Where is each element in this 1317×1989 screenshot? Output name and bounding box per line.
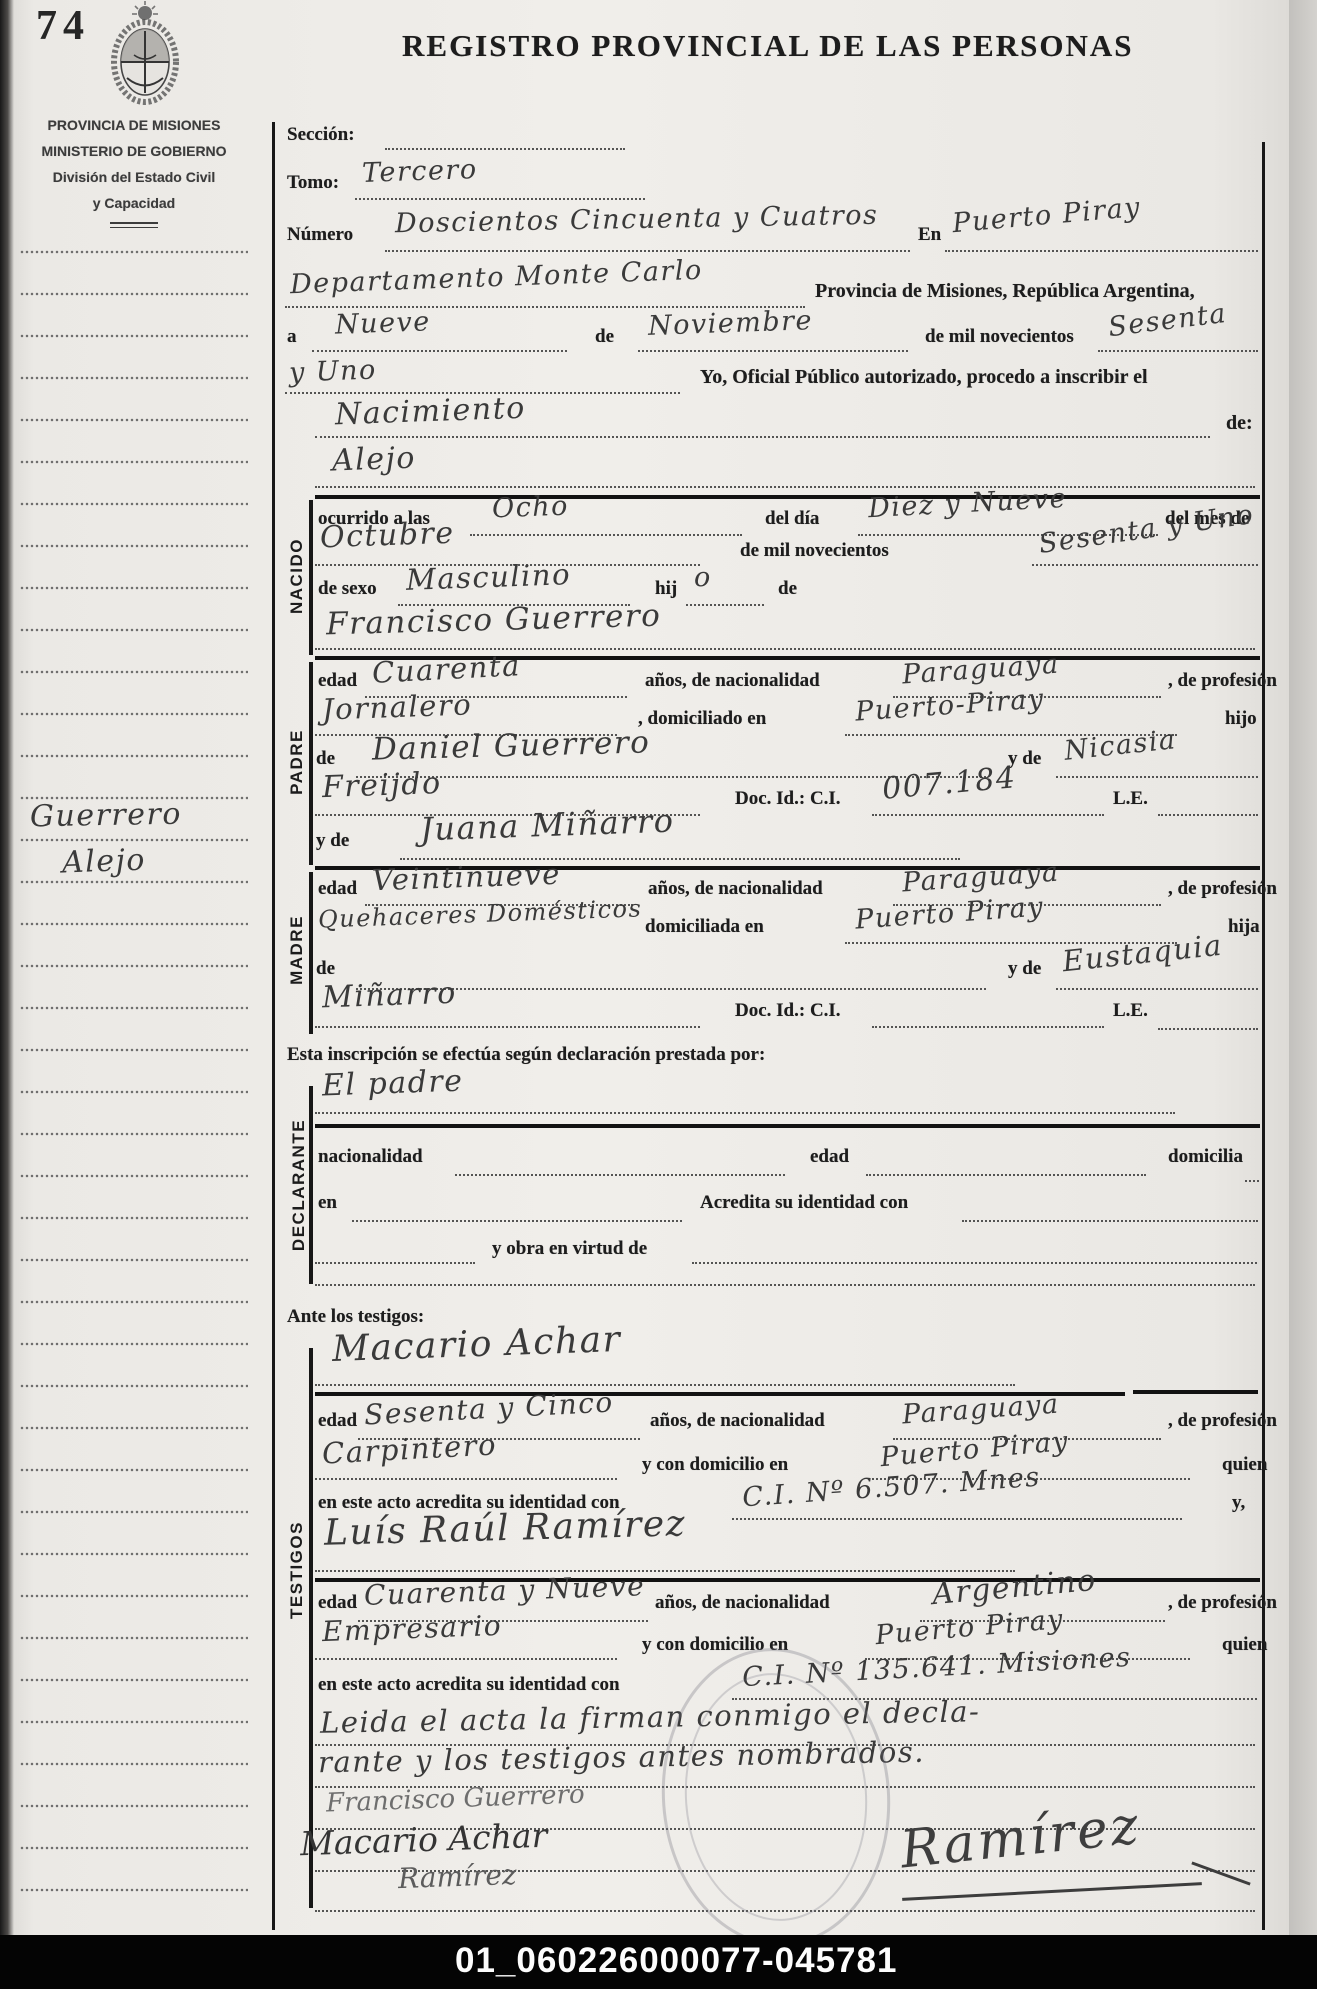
testigo1-nacionalidad-label: años, de nacionalidad [650, 1410, 825, 1432]
oval-stamp [652, 1640, 900, 1953]
lugar-value: Puerto Piray [951, 192, 1142, 239]
madre-domicilio-label: domiciliada en [645, 916, 764, 938]
en-label: En [918, 224, 941, 246]
dia-nacimiento-value: Diez y Nueve [867, 483, 1067, 524]
madre-doc-line [872, 1026, 1104, 1028]
de-colon-label: de: [1226, 412, 1253, 435]
testigos-intro-label: Ante los testigos: [287, 1306, 424, 1328]
abuela-paterna-cont-value: Freijdo [321, 766, 442, 805]
org-underline [110, 222, 158, 228]
testigo2-nacionalidad-label: años, de nacionalidad [655, 1592, 830, 1614]
scan-left-edge [0, 0, 14, 1989]
madre-de-label: de [316, 958, 335, 980]
scan-footer-bar: 01_060226000077-045781 [0, 1935, 1317, 1989]
nacido-bracket [309, 500, 313, 655]
testigo1-quien-label: quien [1222, 1454, 1267, 1476]
testigo2-edad-label: edad [318, 1592, 357, 1614]
hij-sufijo-value: o [694, 562, 712, 593]
dia-value: Nueve [334, 306, 431, 340]
scan-right-band [1289, 0, 1317, 1989]
sexo-label: de sexo [318, 578, 377, 600]
madre-domicilio-value: Puerto Piray [854, 891, 1045, 935]
cierre-linea1-value: Leida el acta la firman conmigo el decla… [320, 1694, 981, 1740]
padre-domicilio-label: , domiciliado en [638, 708, 766, 730]
section-label-madre: MADRE [287, 870, 307, 1030]
testigo1-profesion-label: , de profesión [1168, 1410, 1277, 1432]
abuela-paterna-line [1056, 776, 1258, 778]
abuela-materna-value: Eustaquia [1061, 928, 1225, 979]
testigo1-profesion-line [315, 1478, 617, 1480]
hora-line [470, 534, 742, 536]
divider-declarante [315, 1124, 1260, 1128]
oficial-label: Yo, Oficial Público autorizado, procedo … [700, 366, 1148, 389]
padre-doc-line [872, 814, 1104, 816]
declarante-line [315, 1112, 1175, 1114]
seccion-label: Sección: [287, 124, 355, 146]
declarante-edad-label: edad [810, 1146, 849, 1168]
padre-nacionalidad-label: años, de nacionalidad [645, 670, 820, 692]
org-line-4: y Capacidad [30, 190, 238, 216]
padre-domicilio-value: Puerto-Piray [854, 683, 1045, 727]
org-line-3: División del Estado Civil [30, 164, 238, 190]
testigo2-acredita-label: en este acto acredita su identidad con [318, 1674, 620, 1696]
testigo2-profesion-value: Empresario [321, 1609, 502, 1648]
madre-le-line [1158, 1028, 1258, 1030]
testigo2-edad-value: Cuarenta y Nueve [364, 1569, 646, 1612]
margin-note-surname: Guerrero [30, 797, 182, 835]
testigo1-nombre-value: Macario Achar [331, 1319, 622, 1370]
hora-value: Ocho [491, 491, 569, 525]
madre-bracket [309, 872, 313, 1034]
document-title: REGISTRO PROVINCIAL DE LAS PERSONAS [402, 28, 1133, 64]
testigo1-doc-line [732, 1518, 1182, 1520]
abuela-paterna-value: Nicasia [1063, 724, 1178, 767]
declarante-closing-line [315, 1284, 1255, 1286]
padre-bracket [309, 662, 313, 865]
virtud-label: y obra en virtud de [492, 1238, 647, 1260]
testigo1-profesion-value: Carpintero [321, 1427, 498, 1470]
margin-note-given-name: Alejo [61, 843, 146, 881]
a-label: a [287, 326, 297, 348]
dia-line [312, 350, 567, 352]
del-dia-label: del día [765, 508, 819, 530]
testigo1-domicilio-label: y con domicilio en [642, 1454, 788, 1476]
testigo2-domicilio-value: Puerto Piray [874, 1604, 1065, 1651]
novecientos-label: de mil novecientos [925, 326, 1074, 348]
declarante-en-line [352, 1220, 682, 1222]
madre-profesion-value: Quehaceres Domésticos [318, 894, 643, 933]
acto-value: Nacimiento [334, 391, 526, 433]
firma-chica: Ramírez [397, 1858, 517, 1895]
declarante-nacionalidad-line [455, 1174, 785, 1176]
domicilia-label: domicilia [1168, 1146, 1243, 1168]
domicilia-line [1245, 1180, 1259, 1182]
oval-stamp-inner-ring [677, 1667, 876, 1927]
seccion-blank-line [385, 148, 625, 150]
de-sexo-label: de [778, 578, 797, 600]
padre-de-label: de [316, 748, 335, 770]
declarante-value: El padre [321, 1064, 464, 1104]
numero-value: Doscientos Cincuenta y Cuatros [395, 200, 879, 239]
numero-line [385, 250, 910, 252]
madre-edad-value: Veintinueve [371, 857, 561, 898]
madre-nombre-value: Juana Miñarro [419, 802, 675, 849]
de-label-fecha: de [595, 326, 614, 348]
padre-le-label: L.E. [1113, 788, 1148, 810]
tomo-line [355, 198, 645, 200]
testigo1-nombre-line [315, 1384, 1015, 1386]
testigo2-nombre-line [315, 1570, 1015, 1572]
madre-profesion-label: , de profesión [1168, 878, 1277, 900]
virtud-line-right [692, 1262, 1257, 1264]
tomo-value: Tercero [361, 154, 478, 189]
mes-value: Noviembre [648, 305, 814, 342]
padre-profesion-value: Jornalero [321, 687, 472, 726]
anio-cont-value: y Uno [288, 354, 377, 388]
org-header: PROVINCIA DE MISIONES MINISTERIO DE GOBI… [30, 112, 238, 216]
testigo2-profesion-label: , de profesión [1168, 1592, 1277, 1614]
testigo2-quien-label: quien [1222, 1634, 1267, 1656]
padre-edad-label: edad [318, 670, 357, 692]
page-number: 74 [36, 2, 90, 50]
madre-intro-label: y de [316, 830, 349, 852]
acredita-label: Acredita su identidad con [700, 1192, 908, 1214]
madre-le-label: L.E. [1113, 1000, 1148, 1022]
divider-nacido [315, 495, 1260, 499]
section-label-testigos: TESTIGOS [287, 1490, 307, 1650]
madre-edad-label: edad [318, 878, 357, 900]
section-label-declarante: DECLARANTE [289, 1105, 309, 1265]
anio-line [1098, 350, 1258, 352]
declarante-bracket [309, 1086, 313, 1284]
anio-value: Sesenta [1107, 298, 1229, 343]
form-left-border [272, 122, 275, 1930]
org-line-2: MINISTERIO DE GOBIERNO [30, 138, 238, 164]
hija-label: hija [1228, 916, 1260, 938]
testigo1-edad-label: edad [318, 1410, 357, 1432]
departamento-value: Departamento Monte Carlo [290, 255, 704, 300]
testigo2-nombre-value: Luís Raúl Ramírez [324, 1503, 687, 1553]
padre-nombre-line [315, 648, 1255, 650]
madre-nacionalidad-label: años, de nacionalidad [648, 878, 823, 900]
padre-doc-label: Doc. Id.: C.I. [735, 788, 841, 810]
abuela-materna-cont-value: Miñarro [321, 976, 457, 1016]
abuelo-paterno-value: Daniel Guerrero [372, 724, 651, 767]
madre-doc-label: Doc. Id.: C.I. [735, 1000, 841, 1022]
tomo-label: Tomo: [287, 172, 339, 194]
lugar-line [945, 250, 1258, 252]
testigo2-profesion-line [315, 1658, 617, 1660]
padre-doc-value: 007.184 [881, 760, 1018, 807]
form-right-border [1262, 142, 1265, 1930]
org-line-1: PROVINCIA DE MISIONES [30, 112, 238, 138]
anio-nacimiento-value: Sesenta y Uno [1037, 499, 1256, 560]
acto-line [315, 436, 1210, 438]
acredita-line [962, 1220, 1258, 1222]
section-label-nacido: NACIDO [287, 496, 307, 656]
registro-civil-scan: 74 REGISTRO PROVINCIAL DE LAS PERSONAS P… [0, 0, 1317, 1989]
argentina-coat-of-arms-icon [104, 0, 186, 113]
padre-le-line [1158, 814, 1258, 816]
inscripto-line [315, 486, 1255, 488]
declarante-edad-line [866, 1174, 1146, 1176]
novecientos-nacido-label: de mil novecientos [740, 540, 889, 562]
madre-y-de-label: y de [1008, 958, 1041, 980]
sexo-value: Masculino [405, 557, 571, 597]
divider-testigo1-b [1133, 1390, 1258, 1394]
declarante-en-label: en [318, 1192, 337, 1214]
abuela-materna-line [1056, 988, 1258, 990]
inscripto-value: Alejo [331, 441, 416, 479]
abuela-materna-cont-line [315, 1026, 700, 1028]
padre-edad-value: Cuarenta [371, 648, 521, 690]
provincia-label: Provincia de Misiones, República Argenti… [815, 280, 1195, 303]
scan-id-text: 01_060226000077-045781 [455, 1941, 897, 1981]
firma-testigo1: Macario Achar [299, 1816, 548, 1864]
firma-testigo2-flourish [902, 1882, 1202, 1901]
numero-label: Número [287, 224, 353, 246]
firma-testigo2: Ramírez [898, 1796, 1144, 1881]
declarante-nacionalidad-label: nacionalidad [318, 1146, 423, 1168]
padre-profesion-label: , de profesión [1168, 670, 1277, 692]
padre-nombre-value: Francisco Guerrero [326, 598, 662, 643]
hijo-label: hijo [1225, 708, 1257, 730]
mes-nacimiento-value: Octubre [319, 516, 455, 556]
hij-line [686, 604, 764, 606]
anio-nacimiento-line [1032, 564, 1258, 566]
declaracion-intro-label: Esta inscripción se efectúa según declar… [287, 1044, 765, 1066]
margin-ruled-lines [20, 250, 248, 1925]
mes-line [638, 350, 908, 352]
testigo1-y-label: y, [1232, 1492, 1245, 1514]
section-label-padre: PADRE [287, 682, 307, 842]
virtud-line-left [315, 1262, 475, 1264]
